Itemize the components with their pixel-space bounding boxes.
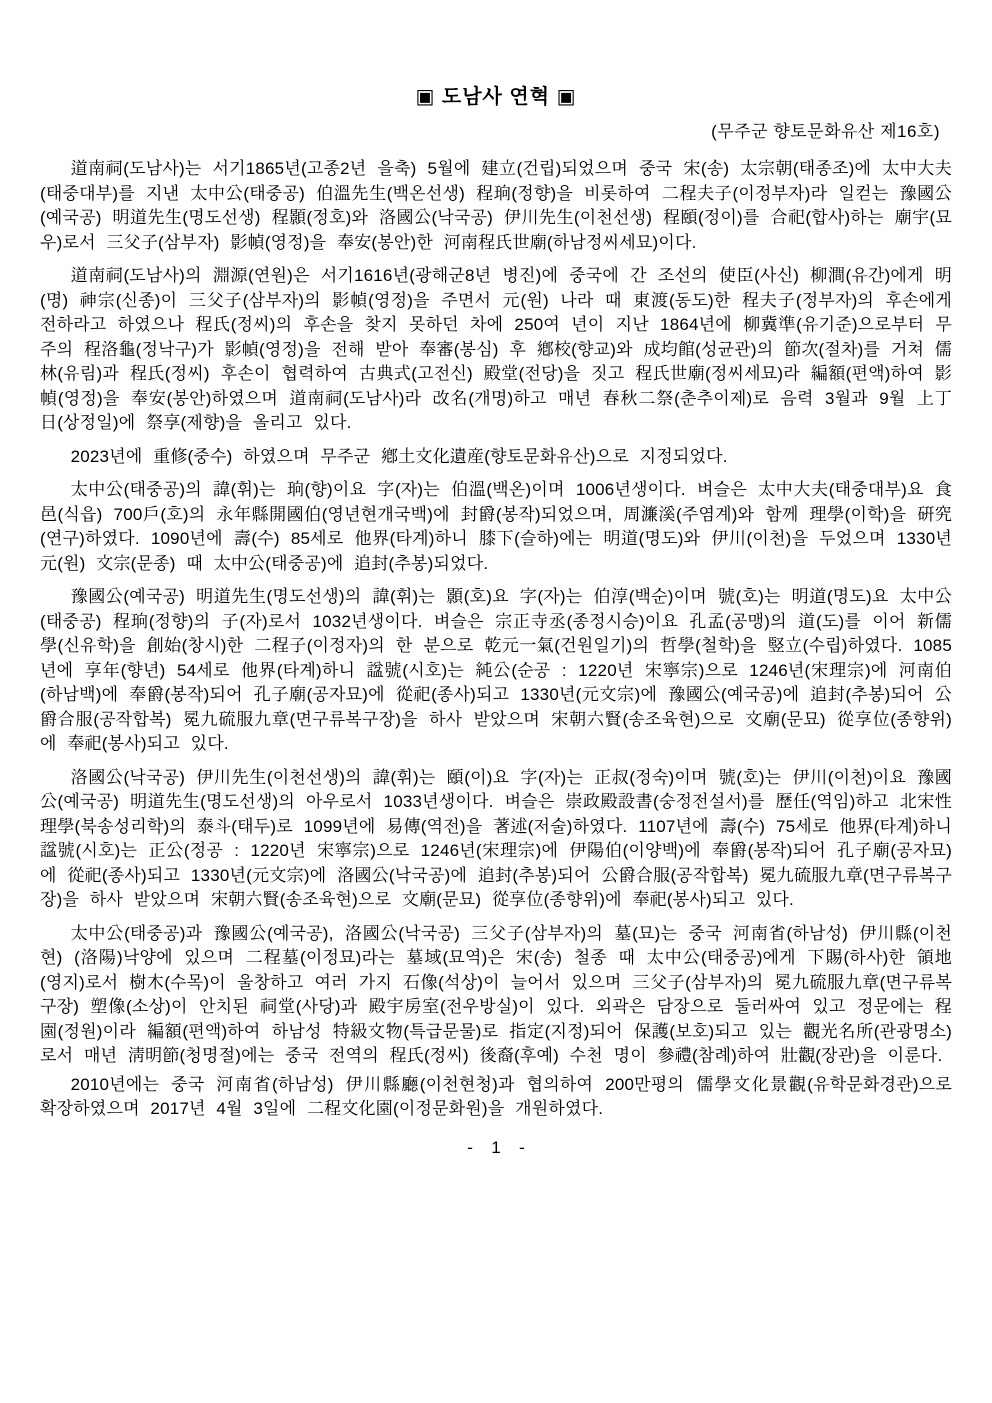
body-paragraph-founding: 道南祠(도남사)는 서기1865년(고종2년 을축) 5월에 建立(건립)되었으… xyxy=(40,157,952,255)
document-body: 道南祠(도남사)는 서기1865년(고종2년 을축) 5월에 建立(건립)되었으… xyxy=(40,157,952,1122)
document-title: ▣ 도남사 연혁 ▣ xyxy=(40,84,952,110)
page-number: - 1 - xyxy=(40,1136,952,1160)
body-paragraph-tombs: 太中公(태중공)과 豫國公(예국공), 洛國公(낙국공) 三父子(삼부자)의 墓… xyxy=(40,922,952,1069)
designation-note: (무주군 향토문화유산 제16호) xyxy=(40,120,940,144)
body-paragraph-yegukgong: 豫國公(예국공) 明道先生(명도선생)의 諱(휘)는 顥(호)요 字(자)는 伯… xyxy=(40,585,952,757)
body-paragraph-2023-repair: 2023년에 重修(중수) 하였으며 무주군 鄕土文化遺産(향토문화유산)으로 … xyxy=(40,445,952,470)
body-paragraph-nakgukgong: 洛國公(낙국공) 伊川先生(이천선생)의 諱(휘)는 頤(이)요 字(자)는 正… xyxy=(40,766,952,913)
body-paragraph-origin: 道南祠(도남사)의 淵源(연원)은 서기1616년(광해군8년 병진)에 중국에… xyxy=(40,264,952,436)
body-paragraph-taejunggong: 太中公(태중공)의 諱(휘)는 珦(향)이요 字(자)는 伯溫(백온)이며 10… xyxy=(40,478,952,576)
document-page: ▣ 도남사 연혁 ▣ (무주군 향토문화유산 제16호) 道南祠(도남사)는 서… xyxy=(0,0,992,1403)
body-paragraph-2010-expansion: 2010년에는 중국 河南省(하남성) 伊川縣廳(이천현청)과 협의하여 200… xyxy=(40,1073,952,1122)
